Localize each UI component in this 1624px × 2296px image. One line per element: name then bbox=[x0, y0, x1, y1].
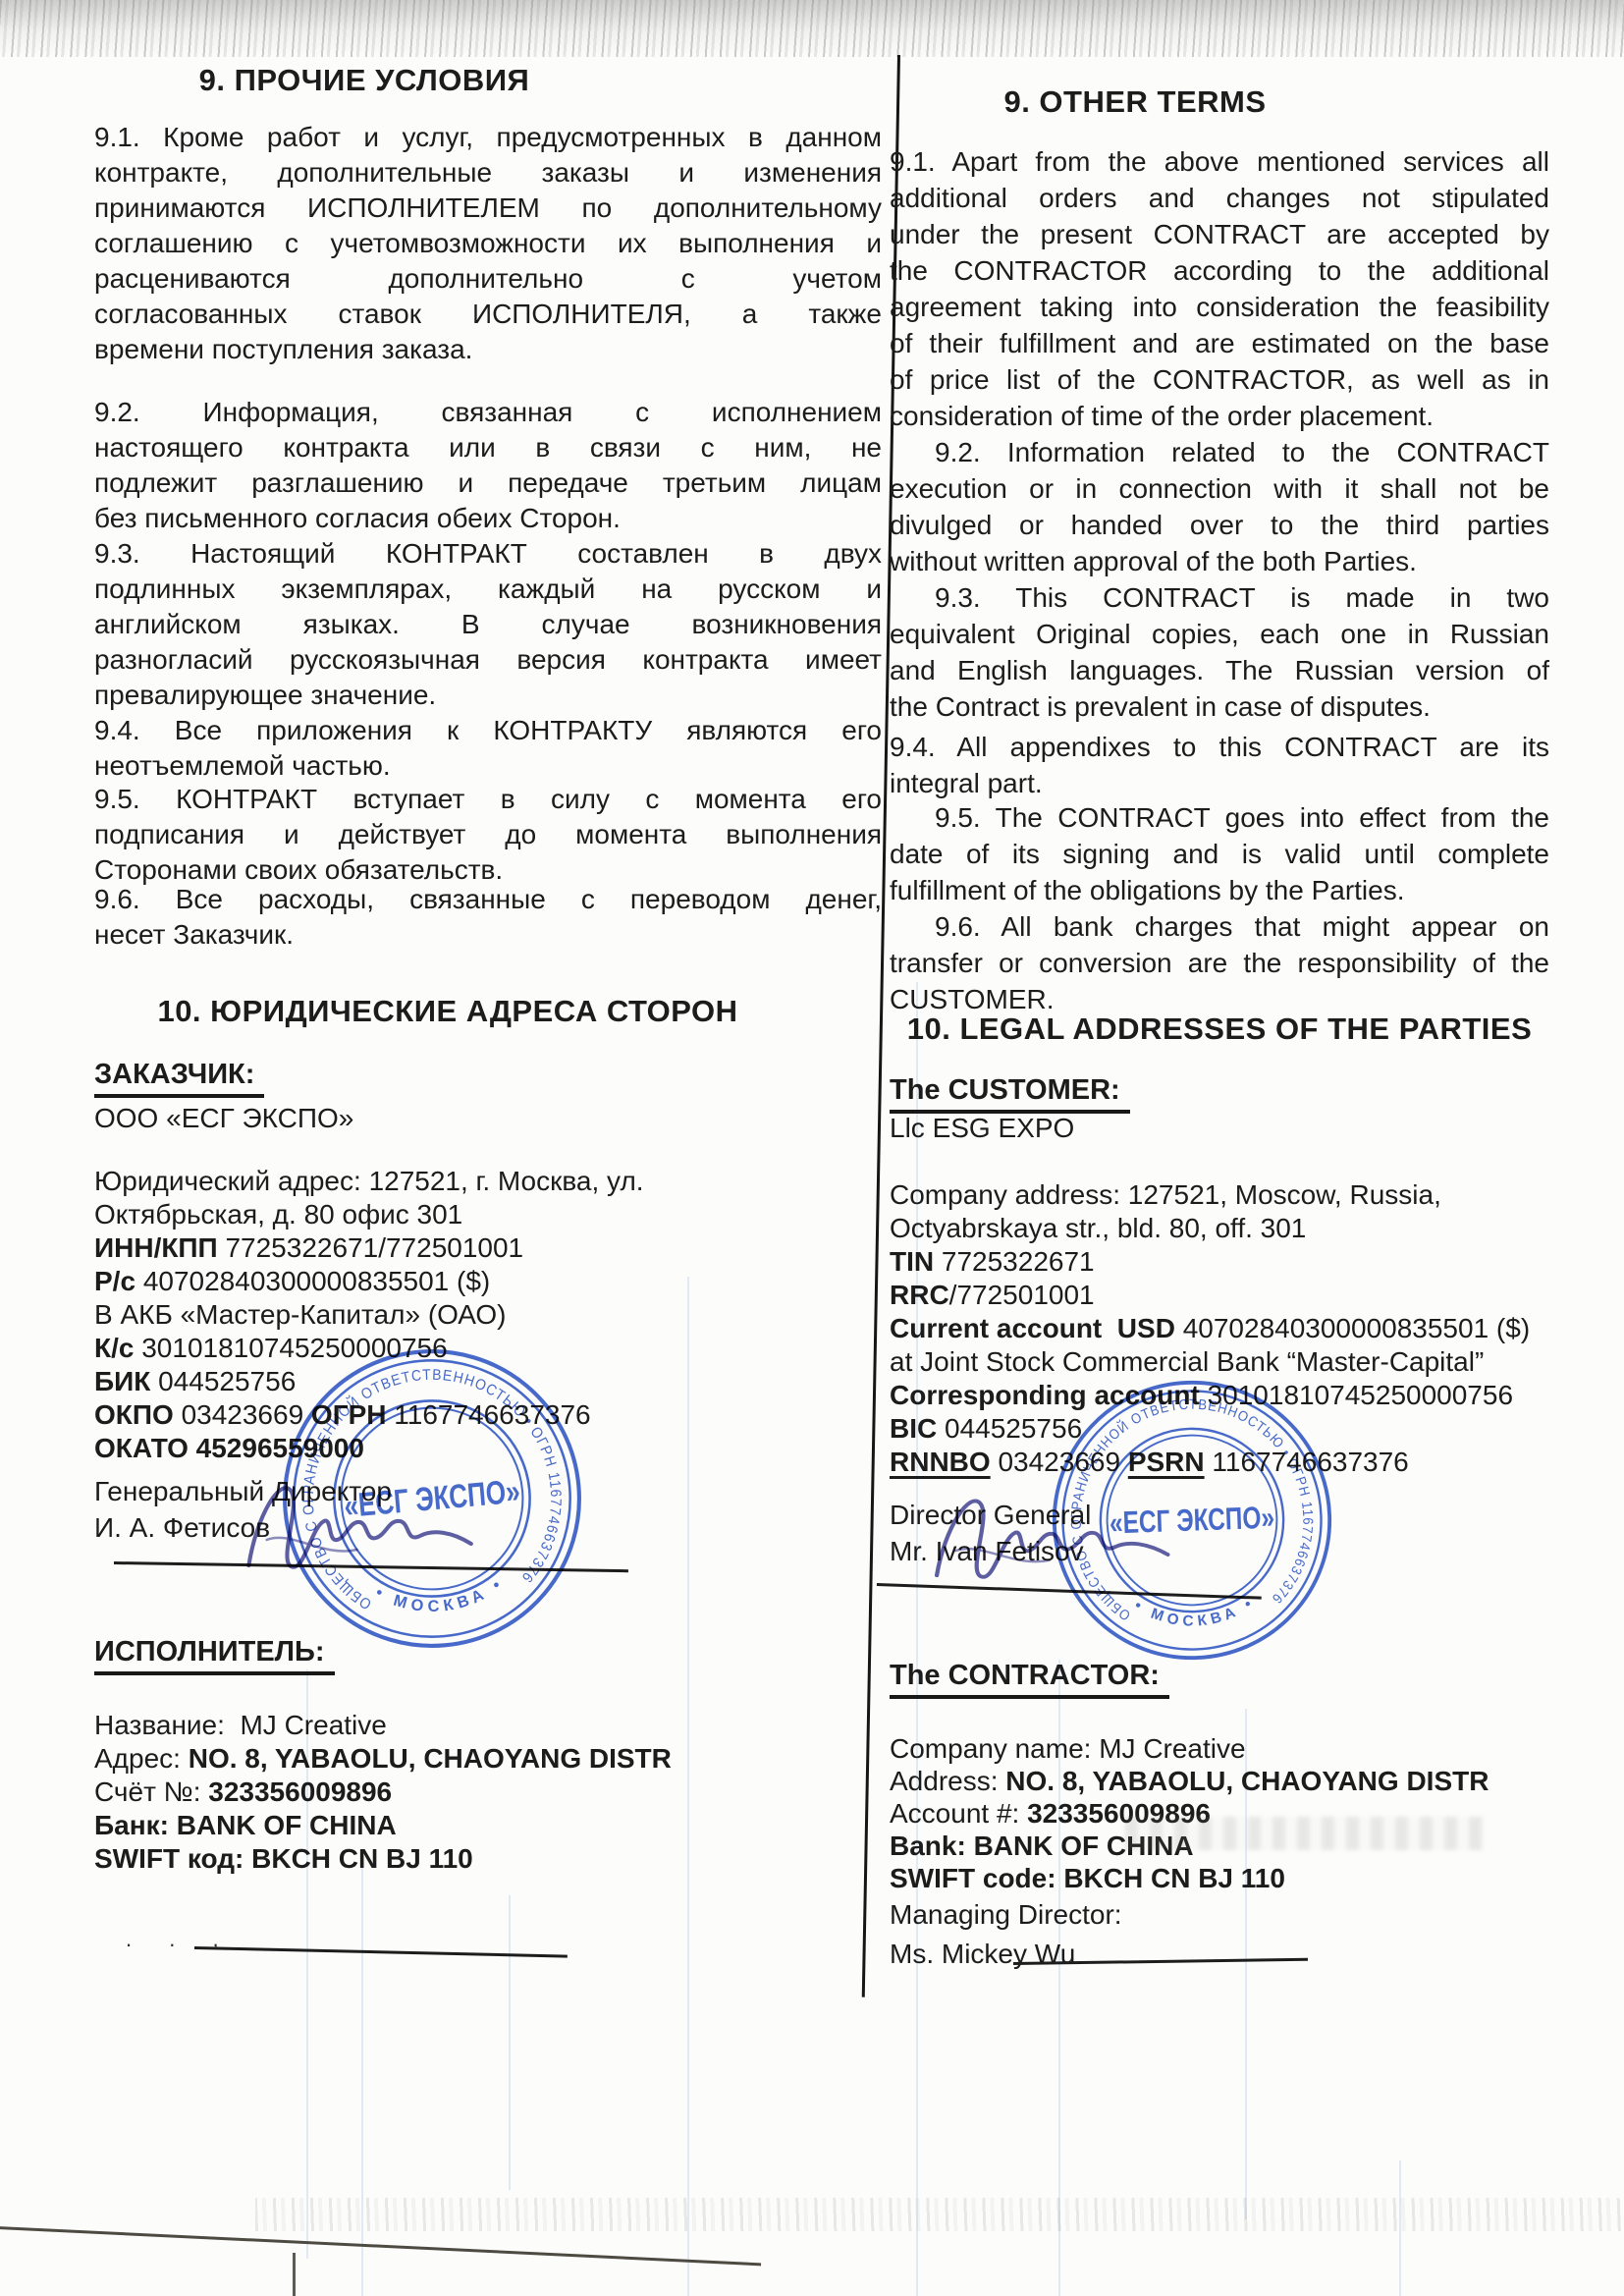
text-line: 9.3. Настоящий КОНТРАКТ составлен в двух bbox=[94, 536, 882, 572]
text-line: 9.2. Информация, связанная с исполнением bbox=[94, 395, 882, 430]
clause-9-3-ru: 9.3. Настоящий КОНТРАКТ составлен в двух… bbox=[94, 536, 882, 713]
customer-company-ru: ООО «ЕСГ ЭКСПО» bbox=[94, 1102, 882, 1135]
text-line: 9.1. Кроме работ и услуг, предусмотренны… bbox=[94, 120, 882, 155]
text-line: 9.5. КОНТРАКТ вступает в силу с момента … bbox=[94, 782, 882, 817]
swift-line: SWIFT код: BKCH CN BJ 110 bbox=[94, 1842, 882, 1876]
text-line: agreement taking into consideration the … bbox=[890, 289, 1549, 325]
text-line: and English languages. The Russian versi… bbox=[890, 652, 1549, 688]
director-signature-left bbox=[231, 1471, 481, 1594]
field-value: SWIFT code: BKCH CN BJ 110 bbox=[890, 1863, 1285, 1893]
text-line: 9.6. Все расходы, связанные с переводом … bbox=[94, 882, 882, 917]
text-line: integral part. bbox=[890, 765, 1549, 801]
field-value: MJ Creative bbox=[240, 1710, 386, 1740]
customer-heading-label: ЗАКАЗЧИК: bbox=[94, 1059, 264, 1098]
clause-9-6-ru: 9.6. Все расходы, связанные с переводом … bbox=[94, 882, 882, 953]
tin-line: TIN 7725322671 bbox=[890, 1245, 1549, 1279]
text-line: consideration of time of the order place… bbox=[890, 398, 1549, 434]
field-label: Current account USD bbox=[890, 1313, 1183, 1343]
scan-page-edge-line bbox=[0, 2226, 761, 2266]
signature-line bbox=[194, 1946, 568, 1958]
field-value: 323356009896 bbox=[208, 1777, 392, 1807]
bank-line: В АКБ «Мастер-Капитал» (ОАО) bbox=[94, 1298, 882, 1332]
clause-9-1-en: 9.1. Apart from the above mentioned serv… bbox=[890, 143, 1549, 434]
clause-9-1-ru: 9.1. Кроме работ и услуг, предусмотренны… bbox=[94, 120, 882, 367]
field-label: Account #: bbox=[890, 1798, 1027, 1829]
account-line: Счёт №: 323356009896 bbox=[94, 1776, 882, 1809]
current-account-line: Current account USD 40702840300000835501… bbox=[890, 1312, 1549, 1345]
text-line: согласованных ставок ИСПОЛНИТЕЛЯ, а такж… bbox=[94, 297, 882, 332]
field-label: RNNBO bbox=[890, 1447, 991, 1477]
field-label: Название: bbox=[94, 1710, 240, 1740]
scan-noise-bottom bbox=[255, 2198, 1624, 2231]
text-line: execution or in connection with it shall… bbox=[890, 470, 1549, 507]
company-name-line: Название: MJ Creative bbox=[94, 1709, 882, 1742]
text-line: без письменного согласия обеих Сторон. bbox=[94, 501, 882, 536]
text-line: transfer or conversion are the responsib… bbox=[890, 945, 1549, 981]
text-line: превалирующее значение. bbox=[94, 678, 882, 713]
text-line: 9.5. The CONTRACT goes into effect from … bbox=[890, 799, 1549, 836]
director-signature-right bbox=[918, 1485, 1178, 1603]
text-line: date of its signing and is valid until c… bbox=[890, 836, 1549, 872]
text-line: the Contract is prevalent in case of dis… bbox=[890, 688, 1549, 725]
address-line: Octyabrskaya str., bld. 80, off. 301 bbox=[890, 1212, 1549, 1245]
text-line: without written approval of the both Par… bbox=[890, 543, 1549, 579]
inn-kpp-line: ИНН/КПП 7725322671/772501001 bbox=[94, 1231, 882, 1265]
contractor-details-ru: Название: MJ Creative Адрес: NO. 8, YABA… bbox=[94, 1709, 882, 1876]
text-line: equivalent Original copies, each one in … bbox=[890, 616, 1549, 652]
clause-9-4-en: 9.4. All appendixes to this CONTRACT are… bbox=[890, 729, 1549, 801]
address-line: Address: NO. 8, YABAOLU, CHAOYANG DISTR bbox=[890, 1765, 1549, 1797]
scan-noise-top bbox=[0, 0, 1624, 57]
address-line: Юридический адрес: 127521, г. Москва, ул… bbox=[94, 1165, 882, 1198]
field-value: 7725322671/772501001 bbox=[225, 1232, 523, 1263]
text-line: настоящего контракта или в связи с ним, … bbox=[94, 430, 882, 465]
scanned-contract-page: 9. ПРОЧИЕ УСЛОВИЯ 9.1. Кроме работ и усл… bbox=[0, 0, 1624, 2296]
text-line: принимаются ИСПОЛНИТЕЛЕМ по дополнительн… bbox=[94, 191, 882, 226]
text-line: английском языках. В случае возникновени… bbox=[94, 607, 882, 642]
customer-heading-en: The CUSTOMER: bbox=[890, 1074, 1130, 1114]
text-line: the CONTRACTOR according to the addition… bbox=[890, 252, 1549, 289]
text-line: 9.6. All bank charges that might appear … bbox=[890, 908, 1549, 945]
clause-9-2-en: 9.2. Information related to the CONTRACT… bbox=[890, 434, 1549, 579]
text-line: 9.4. All appendixes to this CONTRACT are… bbox=[890, 729, 1549, 765]
text-line: неотъемлемой частью. bbox=[94, 748, 882, 784]
scan-ghost-text bbox=[1125, 1817, 1485, 1850]
text-line: разногласий русскоязычная версия контрак… bbox=[94, 642, 882, 678]
text-line: of price list of the CONTRACTOR, as well… bbox=[890, 361, 1549, 398]
text-line: несет Заказчик. bbox=[94, 917, 882, 953]
customer-heading-ru: ЗАКАЗЧИК: bbox=[94, 1059, 264, 1098]
bank-line: Банк: BANK OF CHINA bbox=[94, 1809, 882, 1842]
customer-heading-label: The CUSTOMER: bbox=[890, 1074, 1130, 1114]
field-value: SWIFT код: BKCH CN BJ 110 bbox=[94, 1843, 473, 1874]
text-line: подлинных экземплярах, каждый на русском… bbox=[94, 572, 882, 607]
clause-9-3-en: 9.3. This CONTRACT is made in two equiva… bbox=[890, 579, 1549, 725]
text-line: 9.1. Apart from the above mentioned serv… bbox=[890, 143, 1549, 180]
contractor-details-en: Company name: MJ Creative Address: NO. 8… bbox=[890, 1732, 1549, 1894]
text-line: divulged or handed over to the third par… bbox=[890, 507, 1549, 543]
field-value: Банк: BANK OF CHINA bbox=[94, 1810, 397, 1840]
field-label: BIC bbox=[890, 1413, 945, 1444]
section-10-title-en: 10. LEGAL ADDRESSES OF THE PARTIES bbox=[890, 1011, 1549, 1047]
field-label: RRC bbox=[890, 1280, 949, 1310]
field-value: NO. 8, YABAOLU, CHAOYANG DISTR bbox=[189, 1743, 672, 1774]
clause-9-2-ru: 9.2. Информация, связанная с исполнением… bbox=[94, 395, 882, 536]
contractor-heading-en: The CONTRACTOR: bbox=[890, 1660, 1169, 1699]
contractor-heading-label: The CONTRACTOR: bbox=[890, 1660, 1169, 1699]
field-label: ИНН/КПП bbox=[94, 1232, 225, 1263]
section-9-title-en: 9. OTHER TERMS bbox=[890, 84, 1380, 120]
customer-company-en: Llc ESG EXPO bbox=[890, 1112, 1549, 1145]
clause-9-5-en: 9.5. The CONTRACT goes into effect from … bbox=[890, 799, 1549, 908]
field-label: БИК bbox=[94, 1366, 158, 1396]
field-label: Адрес: bbox=[94, 1743, 189, 1774]
scan-streak bbox=[509, 1895, 511, 2190]
text-line: контракте, дополнительные заказы и измен… bbox=[94, 155, 882, 191]
field-label: Address: bbox=[890, 1766, 1005, 1796]
text-line: of their fulfillment and are estimated o… bbox=[890, 325, 1549, 361]
managing-director-title: Managing Director: bbox=[890, 1895, 1549, 1935]
field-value: 7725322671 bbox=[942, 1246, 1095, 1277]
text-line: fulfillment of the obligations by the Pa… bbox=[890, 872, 1549, 908]
scan-edge-tick bbox=[293, 2253, 296, 2296]
field-label: ОКПО bbox=[94, 1399, 182, 1430]
field-label: Р/с bbox=[94, 1266, 143, 1296]
text-line: 9.4. Все приложения к КОНТРАКТУ являются… bbox=[94, 713, 882, 748]
clause-9-4-ru: 9.4. Все приложения к КОНТРАКТУ являются… bbox=[94, 713, 882, 784]
text-line: under the present CONTRACT are accepted … bbox=[890, 216, 1549, 252]
field-label: К/с bbox=[94, 1333, 141, 1363]
managing-director-name: Ms. Mickey Wu bbox=[890, 1935, 1549, 1974]
text-line: подписания и действует до момента выполн… bbox=[94, 817, 882, 852]
text-line: 9.3. This CONTRACT is made in two bbox=[890, 579, 1549, 616]
clause-9-5-ru: 9.5. КОНТРАКТ вступает в силу с момента … bbox=[94, 782, 882, 888]
field-label: TIN bbox=[890, 1246, 942, 1277]
address-line: Адрес: NO. 8, YABAOLU, CHAOYANG DISTR bbox=[94, 1742, 882, 1776]
field-value: NO. 8, YABAOLU, CHAOYANG DISTR bbox=[1005, 1766, 1489, 1796]
address-line: Октябрьская, д. 80 офис 301 bbox=[94, 1198, 882, 1231]
company-name-line: Company name: MJ Creative bbox=[890, 1732, 1549, 1765]
address-line: Company address: 127521, Moscow, Russia, bbox=[890, 1178, 1549, 1212]
field-value: 40702840300000835501 ($) bbox=[1183, 1313, 1530, 1343]
text-line: 9.2. Information related to the CONTRACT bbox=[890, 434, 1549, 470]
text-line: расцениваются дополнительно с учетом bbox=[94, 261, 882, 297]
text-line: соглашению с учетомвозможности их выполн… bbox=[94, 226, 882, 261]
scan-streak bbox=[361, 1866, 363, 2296]
text-line: additional orders and changes not stipul… bbox=[890, 180, 1549, 216]
rrc-line: RRC/772501001 bbox=[890, 1279, 1549, 1312]
bank-line: at Joint Stock Commercial Bank “Master-C… bbox=[890, 1345, 1549, 1379]
text-line: подлежит разглашению и передаче третьим … bbox=[94, 465, 882, 501]
settlement-account-line: Р/с 40702840300000835501 ($) bbox=[94, 1265, 882, 1298]
field-value: 40702840300000835501 ($) bbox=[143, 1266, 490, 1296]
text-line: времени поступления заказа. bbox=[94, 332, 882, 367]
clause-9-6-en: 9.6. All bank charges that might appear … bbox=[890, 908, 1549, 1017]
field-label: Счёт №: bbox=[94, 1777, 208, 1807]
field-value: /772501001 bbox=[949, 1280, 1095, 1310]
swift-line: SWIFT code: BKCH CN BJ 110 bbox=[890, 1862, 1549, 1894]
section-10-title-ru: 10. ЮРИДИЧЕСКИЕ АДРЕСА СТОРОН bbox=[94, 994, 801, 1029]
section-9-title-ru: 9. ПРОЧИЕ УСЛОВИЯ bbox=[94, 63, 634, 98]
